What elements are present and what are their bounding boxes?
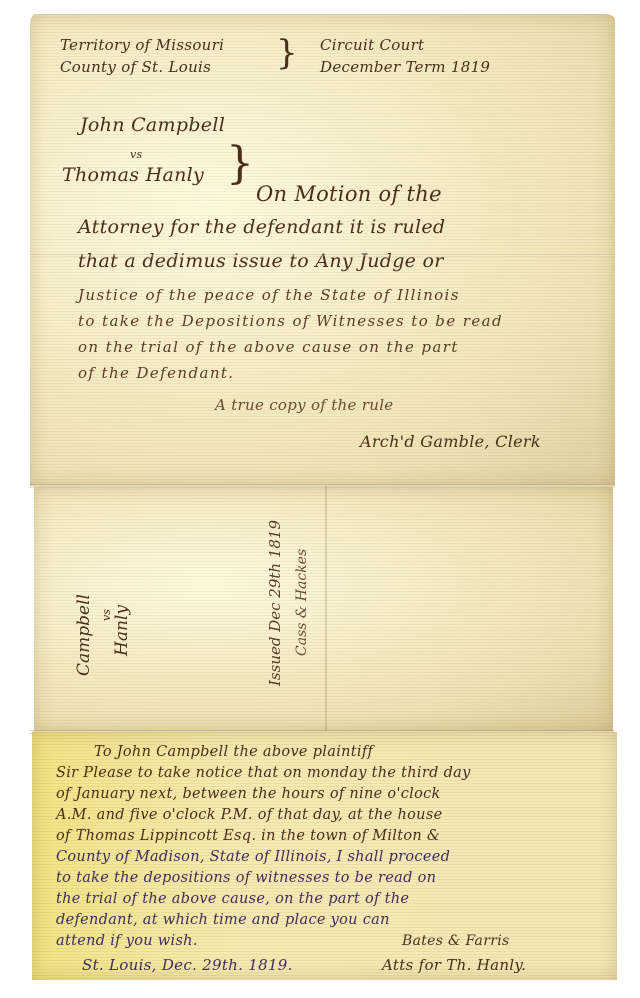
order-line: to take the Depositions of Witnesses to …	[78, 312, 503, 330]
court-rule-panel: Territory of Missouri County of St. Loui…	[30, 14, 615, 486]
fold-line	[30, 254, 615, 257]
brace-icon: }	[276, 36, 298, 70]
docket-defendant: Hanly	[112, 605, 132, 656]
caption-court: Circuit Court	[320, 36, 424, 54]
versus-label: vs	[130, 148, 142, 161]
notice-line: defendant, at which time and place you c…	[56, 912, 390, 928]
attorney-line: Atts for Th. Hanly.	[382, 956, 526, 974]
order-line: Attorney for the defendant it is ruled	[78, 216, 445, 238]
notice-line: A.M. and five o'clock P.M. of that day, …	[56, 807, 442, 823]
plaintiff-name: John Campbell	[80, 114, 225, 136]
docket-note: Cass & Hackes	[294, 549, 310, 656]
attorney-firm-signature: Bates & Farris	[402, 933, 509, 949]
notice-line: To John Campbell the above plaintiff	[94, 744, 373, 760]
defendant-name: Thomas Hanly	[62, 164, 204, 186]
order-line: On Motion of the	[256, 182, 442, 206]
docket-issued-date: Issued Dec 29th 1819	[266, 520, 284, 686]
document-page: Territory of Missouri County of St. Loui…	[30, 14, 615, 980]
notice-line: attend if you wish.	[56, 933, 198, 949]
order-line: of the Defendant.	[78, 364, 234, 382]
notice-line: County of Madison, State of Illinois, I …	[56, 849, 450, 865]
brace-icon: }	[226, 142, 254, 186]
notice-line: Sir Please to take notice that on monday…	[56, 765, 471, 781]
caption-county: County of St. Louis	[60, 58, 211, 76]
order-line: on the trial of the above cause on the p…	[78, 338, 459, 356]
docket-panel: Campbell vs Hanly Issued Dec 29th 1819 C…	[34, 486, 613, 732]
notice-line: of Thomas Lippincott Esq. in the town of…	[56, 828, 440, 844]
clerk-signature: Arch'd Gamble, Clerk	[360, 432, 541, 451]
fold-line	[30, 484, 615, 488]
attestation-text: A true copy of the rule	[215, 396, 393, 414]
caption-term: December Term 1819	[320, 58, 490, 76]
docket-plaintiff: Campbell	[74, 594, 94, 676]
notice-panel: To John Campbell the above plaintiff Sir…	[32, 732, 617, 980]
order-line: Justice of the peace of the State of Ill…	[78, 286, 460, 304]
notice-line: of January next, between the hours of ni…	[56, 786, 441, 802]
place-date: St. Louis, Dec. 29th. 1819.	[82, 956, 293, 974]
caption-territory: Territory of Missouri	[60, 36, 224, 54]
notice-line: to take the depositions of witnesses to …	[56, 870, 436, 886]
notice-line: the trial of the above cause, on the par…	[56, 891, 409, 907]
fold-line	[325, 486, 327, 732]
